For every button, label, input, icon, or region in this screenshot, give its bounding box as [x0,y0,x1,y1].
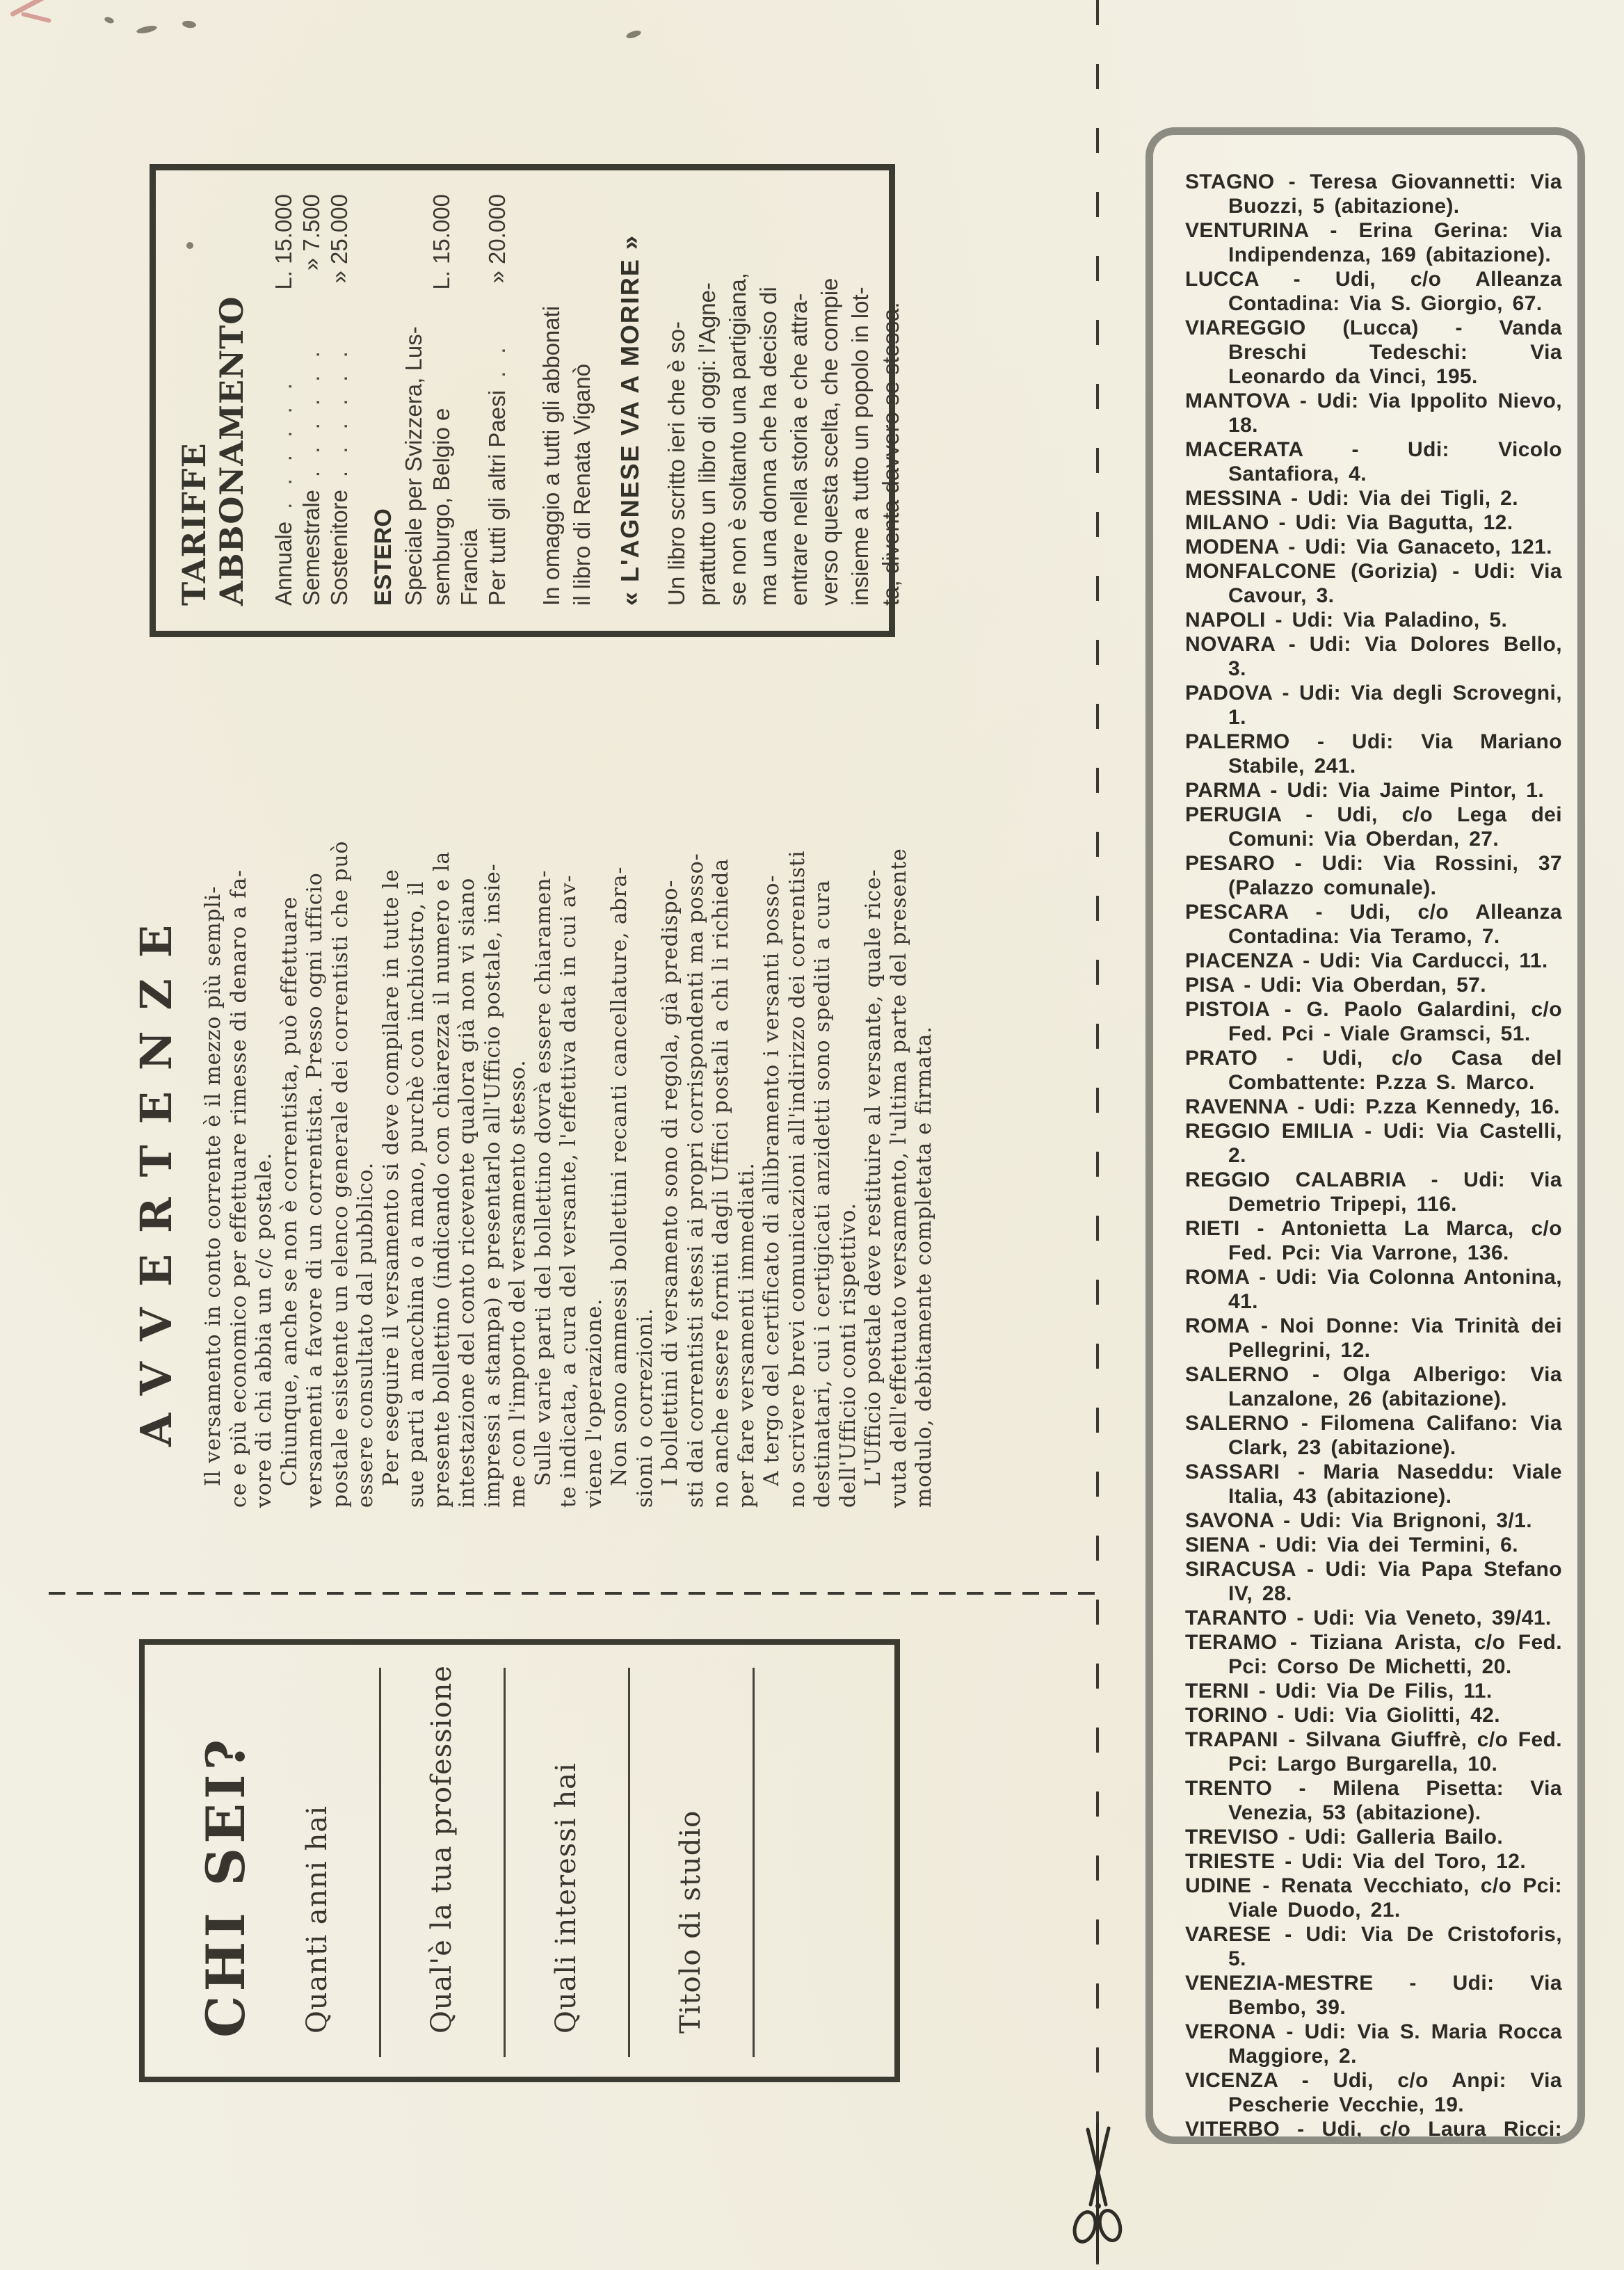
estero-rate-table: Speciale per Svizzera, Lus- semburgo, Be… [400,194,511,606]
contact-entry: PISA - Udi: Via Oberdan, 57. [1185,973,1562,997]
contact-entry: NAPOLI - Udi: Via Paladino, 5. [1185,608,1562,632]
rate-value: L. 15.000 [270,194,298,304]
contact-entry: MACERATA - Udi: Vicolo Santafiora, 4. [1185,437,1562,486]
rate-value: » 25.000 [325,194,353,304]
contact-entry: VENTURINA - Erina Gerina: Via Indipenden… [1185,218,1562,267]
estero-heading: ESTERO [370,180,397,606]
chi-sei-question-list: Quanti anni hai Qual'è la tua profession… [301,1645,755,2077]
answer-blank-line [504,1668,506,2057]
questionnaire-item: Quanti anni hai [301,1645,381,2077]
paper-speck [182,20,196,29]
book-title: « L'AGNESE VA A MORIRE » [616,180,645,606]
avvertenze-content: AVVERTENZE Il versamento in conto corren… [131,747,936,1508]
contact-entry: VARESE - Udi: Via De Cristoforis, 5. [1185,1922,1562,1971]
contact-entry: TERNI - Udi: Via De Filis, 11. [1185,1679,1562,1703]
contact-entry: VENEZIA-MESTRE - Udi: Via Bembo, 39. [1185,1971,1562,2020]
contact-entry: NOVARA - Udi: Via Dolores Bello, 3. [1185,632,1562,681]
contact-entry: PRATO - Udi, c/o Casa del Combattente: P… [1185,1046,1562,1095]
question-label: Titolo di studio [675,1645,707,2034]
tariffe-rate-row: Sostenitore . . . . . . » 25.000 [325,194,353,606]
contact-entry: REGGIO CALABRIA - Udi: Via Demetrio Trip… [1185,1168,1562,1216]
tariffe-title: TARIFFE ABBONAMENTO [175,180,250,606]
contact-entry: SIRACUSA - Udi: Via Papa Stefano IV, 28. [1185,1557,1562,1606]
contact-entry: PIACENZA - Udi: Via Carducci, 11. [1185,949,1562,973]
rate-label: Annuale [270,522,298,606]
contact-entry: RIETI - Antonietta La Marca, c/o Fed. Pc… [1185,1216,1562,1265]
contact-entry: TRIESTE - Udi: Via del Toro, 12. [1185,1849,1562,1874]
contact-entry: VIAREGGIO (Lucca) - Vanda Breschi Tedesc… [1185,316,1562,389]
rate-value: L. 15.000 [428,194,456,304]
questionnaire-item: Qual'è la tua professione [426,1645,506,2077]
rate-label: Per tutti gli altri Paesi [483,390,511,606]
answer-blank-line [753,1668,755,2057]
contacts-list: STAGNO - Teresa Giovannetti: Via Buozzi,… [1185,170,1562,2144]
contact-entry: MILANO - Udi: Via Bagutta, 12. [1185,510,1562,535]
answer-blank-line [379,1668,381,2057]
rate-dot-leader: . . . . . . [325,304,353,490]
contact-entry: SIENA - Udi: Via dei Termini, 6. [1185,1533,1562,1557]
rate-value: » 20.000 [483,194,511,304]
vertical-cut-line [1096,0,1099,2270]
question-label: Quanti anni hai [301,1645,333,2034]
estero-rate-row: Per tutti gli altri Paesi . . » 20.000 [483,194,511,606]
contact-entry: SAVONA - Udi: Via Brignoni, 3/1. [1185,1508,1562,1533]
contact-entry: TORINO - Udi: Via Giolitti, 42. [1185,1703,1562,1728]
contact-entry: TERAMO - Tiziana Arista, c/o Fed. Pci: C… [1185,1630,1562,1679]
contact-entry: PERUGIA - Udi, c/o Lega dei Comuni: Via … [1185,803,1562,851]
tariffe-abbonamento-content: TARIFFE ABBONAMENTO Annuale . . . . . . … [156,170,889,631]
rate-dot-leader: . . [483,304,511,390]
chi-sei-title: CHI SEI? [195,1645,257,2038]
tariffe-rate-row: Annuale . . . . . . L. 15.000 [270,194,298,606]
contact-entry: ROMA - Noi Donne: Via Trinità dei Pelleg… [1185,1314,1562,1362]
tariffe-rate-row: Semestrale . . . . . . » 7.500 [298,194,325,606]
contact-entry: STAGNO - Teresa Giovannetti: Via Buozzi,… [1185,170,1562,218]
avvertenze-section: AVVERTENZE Il versamento in conto corren… [131,746,936,1506]
contacts-list-box: STAGNO - Teresa Giovannetti: Via Buozzi,… [1145,127,1585,2144]
tariffe-abbonamento-box: TARIFFE ABBONAMENTO Annuale . . . . . . … [150,164,895,637]
pen-mark [21,12,51,23]
chi-sei-content: CHI SEI? Quanti anni hai Qual'è la tua p… [145,1645,894,2077]
avvertenze-title: AVVERTENZE [131,747,182,1447]
estero-rate-row: semburgo, Belgio e Francia L. 15.000 [428,194,483,606]
paper-speck [625,29,642,40]
contact-entry: UDINE - Renata Vecchiato, c/o Pci: Viale… [1185,1874,1562,1922]
chi-sei-box: CHI SEI? Quanti anni hai Qual'è la tua p… [139,1639,900,2082]
contact-entry: MONFALCONE (Gorizia) - Udi: Via Cavour, … [1185,559,1562,608]
book-description: Un libro scritto ieri che è so- prattutt… [661,180,906,606]
contact-entry: PARMA - Udi: Via Jaime Pintor, 1. [1185,778,1562,803]
contact-entry: RAVENNA - Udi: P.zza Kennedy, 16. [1185,1095,1562,1119]
scanned-page: TARIFFE ABBONAMENTO Annuale . . . . . . … [0,0,1624,2270]
rate-label: semburgo, Belgio e Francia [428,326,483,606]
paper-speck [136,24,157,35]
paper-speck [104,16,115,24]
rate-dot-leader: . . . . . . [298,304,325,490]
tariffe-rate-table: Annuale . . . . . . L. 15.000 Semestrale… [270,194,353,606]
contact-entry: ROMA - Udi: Via Colonna Antonina, 41. [1185,1265,1562,1314]
rate-dot-leader: . . . . . . [270,304,298,522]
contact-entry: SALERNO - Olga Alberigo: Via Lanzalone, … [1185,1362,1562,1411]
contact-entry: PESCARA - Udi, c/o Alleanza Contadina: V… [1185,900,1562,949]
answer-blank-line [628,1668,630,2057]
contact-entry: PISTOIA - G. Paolo Galardini, c/o Fed. P… [1185,997,1562,1046]
rate-label: Sostenitore [325,490,353,606]
contact-entry: VICENZA - Udi, c/o Anpi: Via Pescherie V… [1185,2068,1562,2117]
contact-entry: MANTOVA - Udi: Via Ippolito Nievo, 18. [1185,389,1562,437]
omaggio-note: In omaggio a tutti gli abbonati il libro… [536,180,597,606]
rate-label: Speciale per Svizzera, Lus- [400,326,428,606]
contact-entry: SALERNO - Filomena Califano: Via Clark, … [1185,1411,1562,1460]
contact-entry: REGGIO EMILIA - Udi: Via Castelli, 2. [1185,1119,1562,1168]
contact-entry: TRENTO - Milena Pisetta: Via Venezia, 53… [1185,1776,1562,1825]
questionnaire-item: Titolo di studio [675,1645,755,2077]
avvertenze-text: Il versamento in conto corrente è il mez… [201,747,938,1508]
contact-entry: TRAPANI - Silvana Giuffrè, c/o Fed. Pci:… [1185,1728,1562,1776]
questionnaire-item: Quali interessi hai [550,1645,630,2077]
rate-label: Semestrale [298,490,325,606]
contact-entry: VITERBO - Udi, c/o Laura Ricci: Via Zazz… [1185,2117,1562,2144]
contact-entry: MESSINA - Udi: Via dei Tigli, 2. [1185,486,1562,510]
horizontal-cut-line [49,1592,1096,1595]
question-label: Qual'è la tua professione [426,1645,458,2034]
rate-value: » 7.500 [298,194,325,304]
contact-entry: LUCCA - Udi, c/o Alleanza Contadina: Via… [1185,267,1562,316]
question-label: Quali interessi hai [550,1645,582,2034]
contact-entry: PALERMO - Udi: Via Mariano Stabile, 241. [1185,730,1562,778]
contact-entry: TARANTO - Udi: Via Veneto, 39/41. [1185,1606,1562,1630]
contact-entry: SASSARI - Maria Naseddu: Viale Italia, 4… [1185,1460,1562,1508]
contact-entry: MODENA - Udi: Via Ganaceto, 121. [1185,535,1562,559]
contact-entry: VERONA - Udi: Via S. Maria Rocca Maggior… [1185,2020,1562,2068]
contact-entry: PESARO - Udi: Via Rossini, 37 (Palazzo c… [1185,851,1562,900]
scissors-icon [1067,2123,1128,2262]
contact-entry: TREVISO - Udi: Galleria Bailo. [1185,1825,1562,1849]
contact-entry: PADOVA - Udi: Via degli Scrovegni, 1. [1185,681,1562,730]
estero-rate-row: Speciale per Svizzera, Lus- [400,194,428,606]
